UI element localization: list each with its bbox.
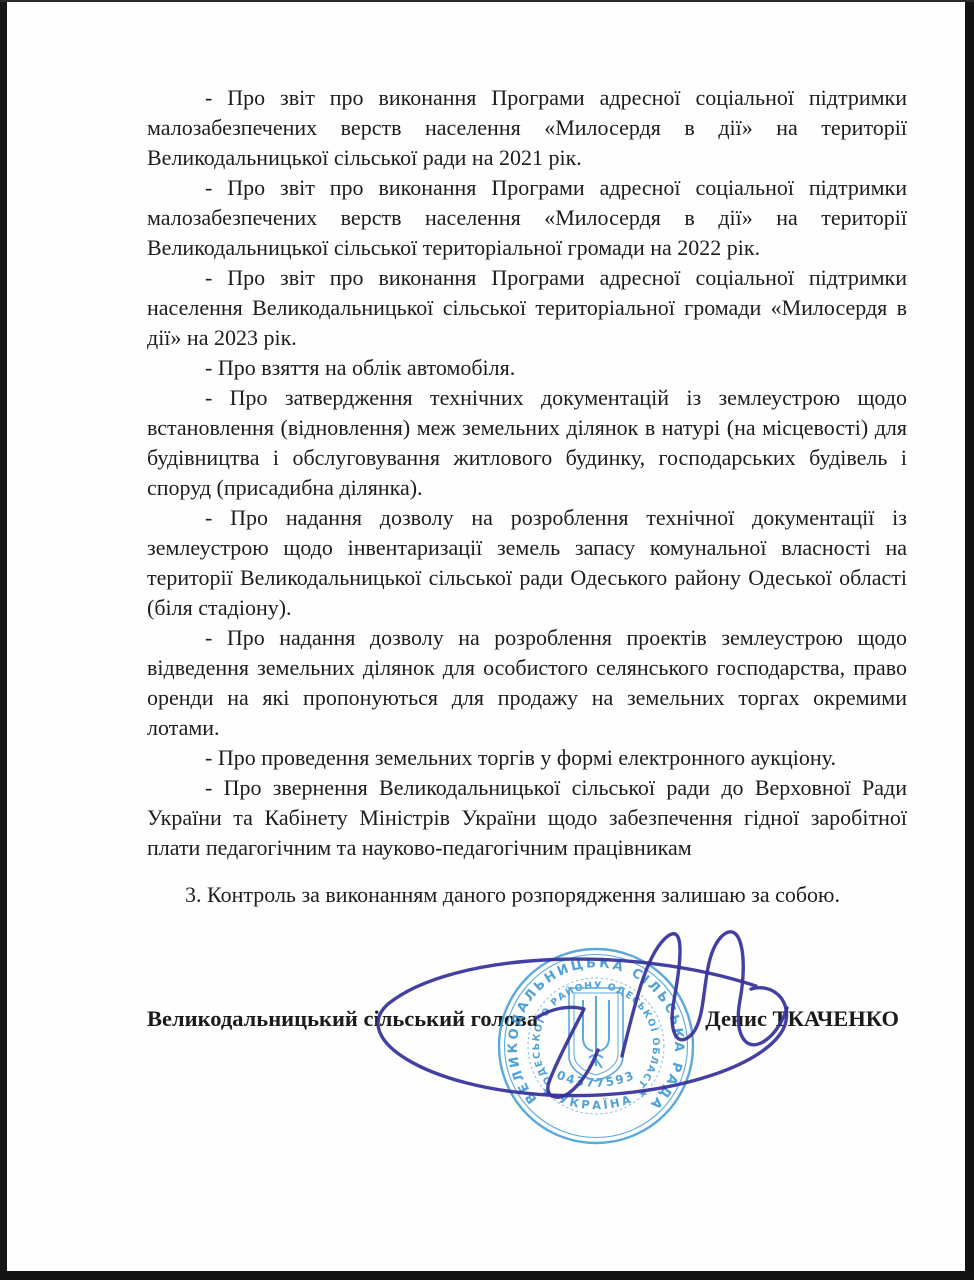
svg-text:★ УКРАЇНА ★: ★ УКРАЇНА ★ — [539, 1083, 654, 1112]
stamp-edrpou-code: 04377593 — [555, 1068, 638, 1090]
agenda-item: - Про звіт про виконання Програми адресн… — [147, 173, 907, 263]
document-page: - Про звіт про виконання Програми адресн… — [0, 0, 974, 1280]
official-stamp: ВЕЛИКОДАЛЬНИЦЬКА СІЛЬСЬКА РАДА ОДЕСЬКОГО… — [499, 949, 693, 1143]
agenda-item: - Про звернення Великодальницької сільсь… — [147, 773, 907, 863]
agenda-list: - Про звіт про виконання Програми адресн… — [147, 83, 907, 910]
stamp-ring-outer-text: ВЕЛИКОДАЛЬНИЦЬКА СІЛЬСЬКА РАДА — [506, 956, 686, 1113]
stamp-country-text: ★ УКРАЇНА ★ — [539, 1083, 654, 1112]
agenda-item: - Про звіт про виконання Програми адресн… — [147, 83, 907, 173]
agenda-item: - Про проведення земельних торгів у форм… — [147, 743, 907, 773]
trident-emblem — [569, 988, 623, 1081]
agenda-item: - Про затвердження технічних документаці… — [147, 383, 907, 503]
svg-text:04377593: 04377593 — [555, 1068, 638, 1090]
svg-text:ОДЕСЬКОГО РАЙОНУ ОДЕСЬКОЇ ОБЛА: ОДЕСЬКОГО РАЙОНУ ОДЕСЬКОЇ ОБЛАСТІ — [531, 980, 661, 1090]
page-edge-bottom — [0, 1271, 974, 1280]
control-clause: 3. Контроль за виконанням даного розпоря… — [147, 880, 907, 910]
page-edge-left — [0, 0, 7, 1280]
signatory-name: Денис ТКАЧЕНКО — [705, 1006, 899, 1032]
svg-text:ВЕЛИКОДАЛЬНИЦЬКА СІЛЬСЬКА РАДА: ВЕЛИКОДАЛЬНИЦЬКА СІЛЬСЬКА РАДА — [506, 956, 686, 1113]
agenda-item: - Про взяття на облік автомобіля. — [147, 353, 907, 383]
agenda-item: - Про звіт про виконання Програми адресн… — [147, 263, 907, 353]
signature-row: Великодальницький сільський голова Денис… — [147, 1006, 899, 1032]
page-edge-top — [0, 0, 974, 2]
stamp-ring-inner-text: ОДЕСЬКОГО РАЙОНУ ОДЕСЬКОЇ ОБЛАСТІ — [531, 980, 661, 1090]
signatory-title: Великодальницький сільський голова — [147, 1006, 538, 1032]
page-edge-right — [965, 0, 974, 1280]
agenda-item: - Про надання дозволу на розроблення про… — [147, 623, 907, 743]
agenda-item: - Про надання дозволу на розроблення тех… — [147, 503, 907, 623]
